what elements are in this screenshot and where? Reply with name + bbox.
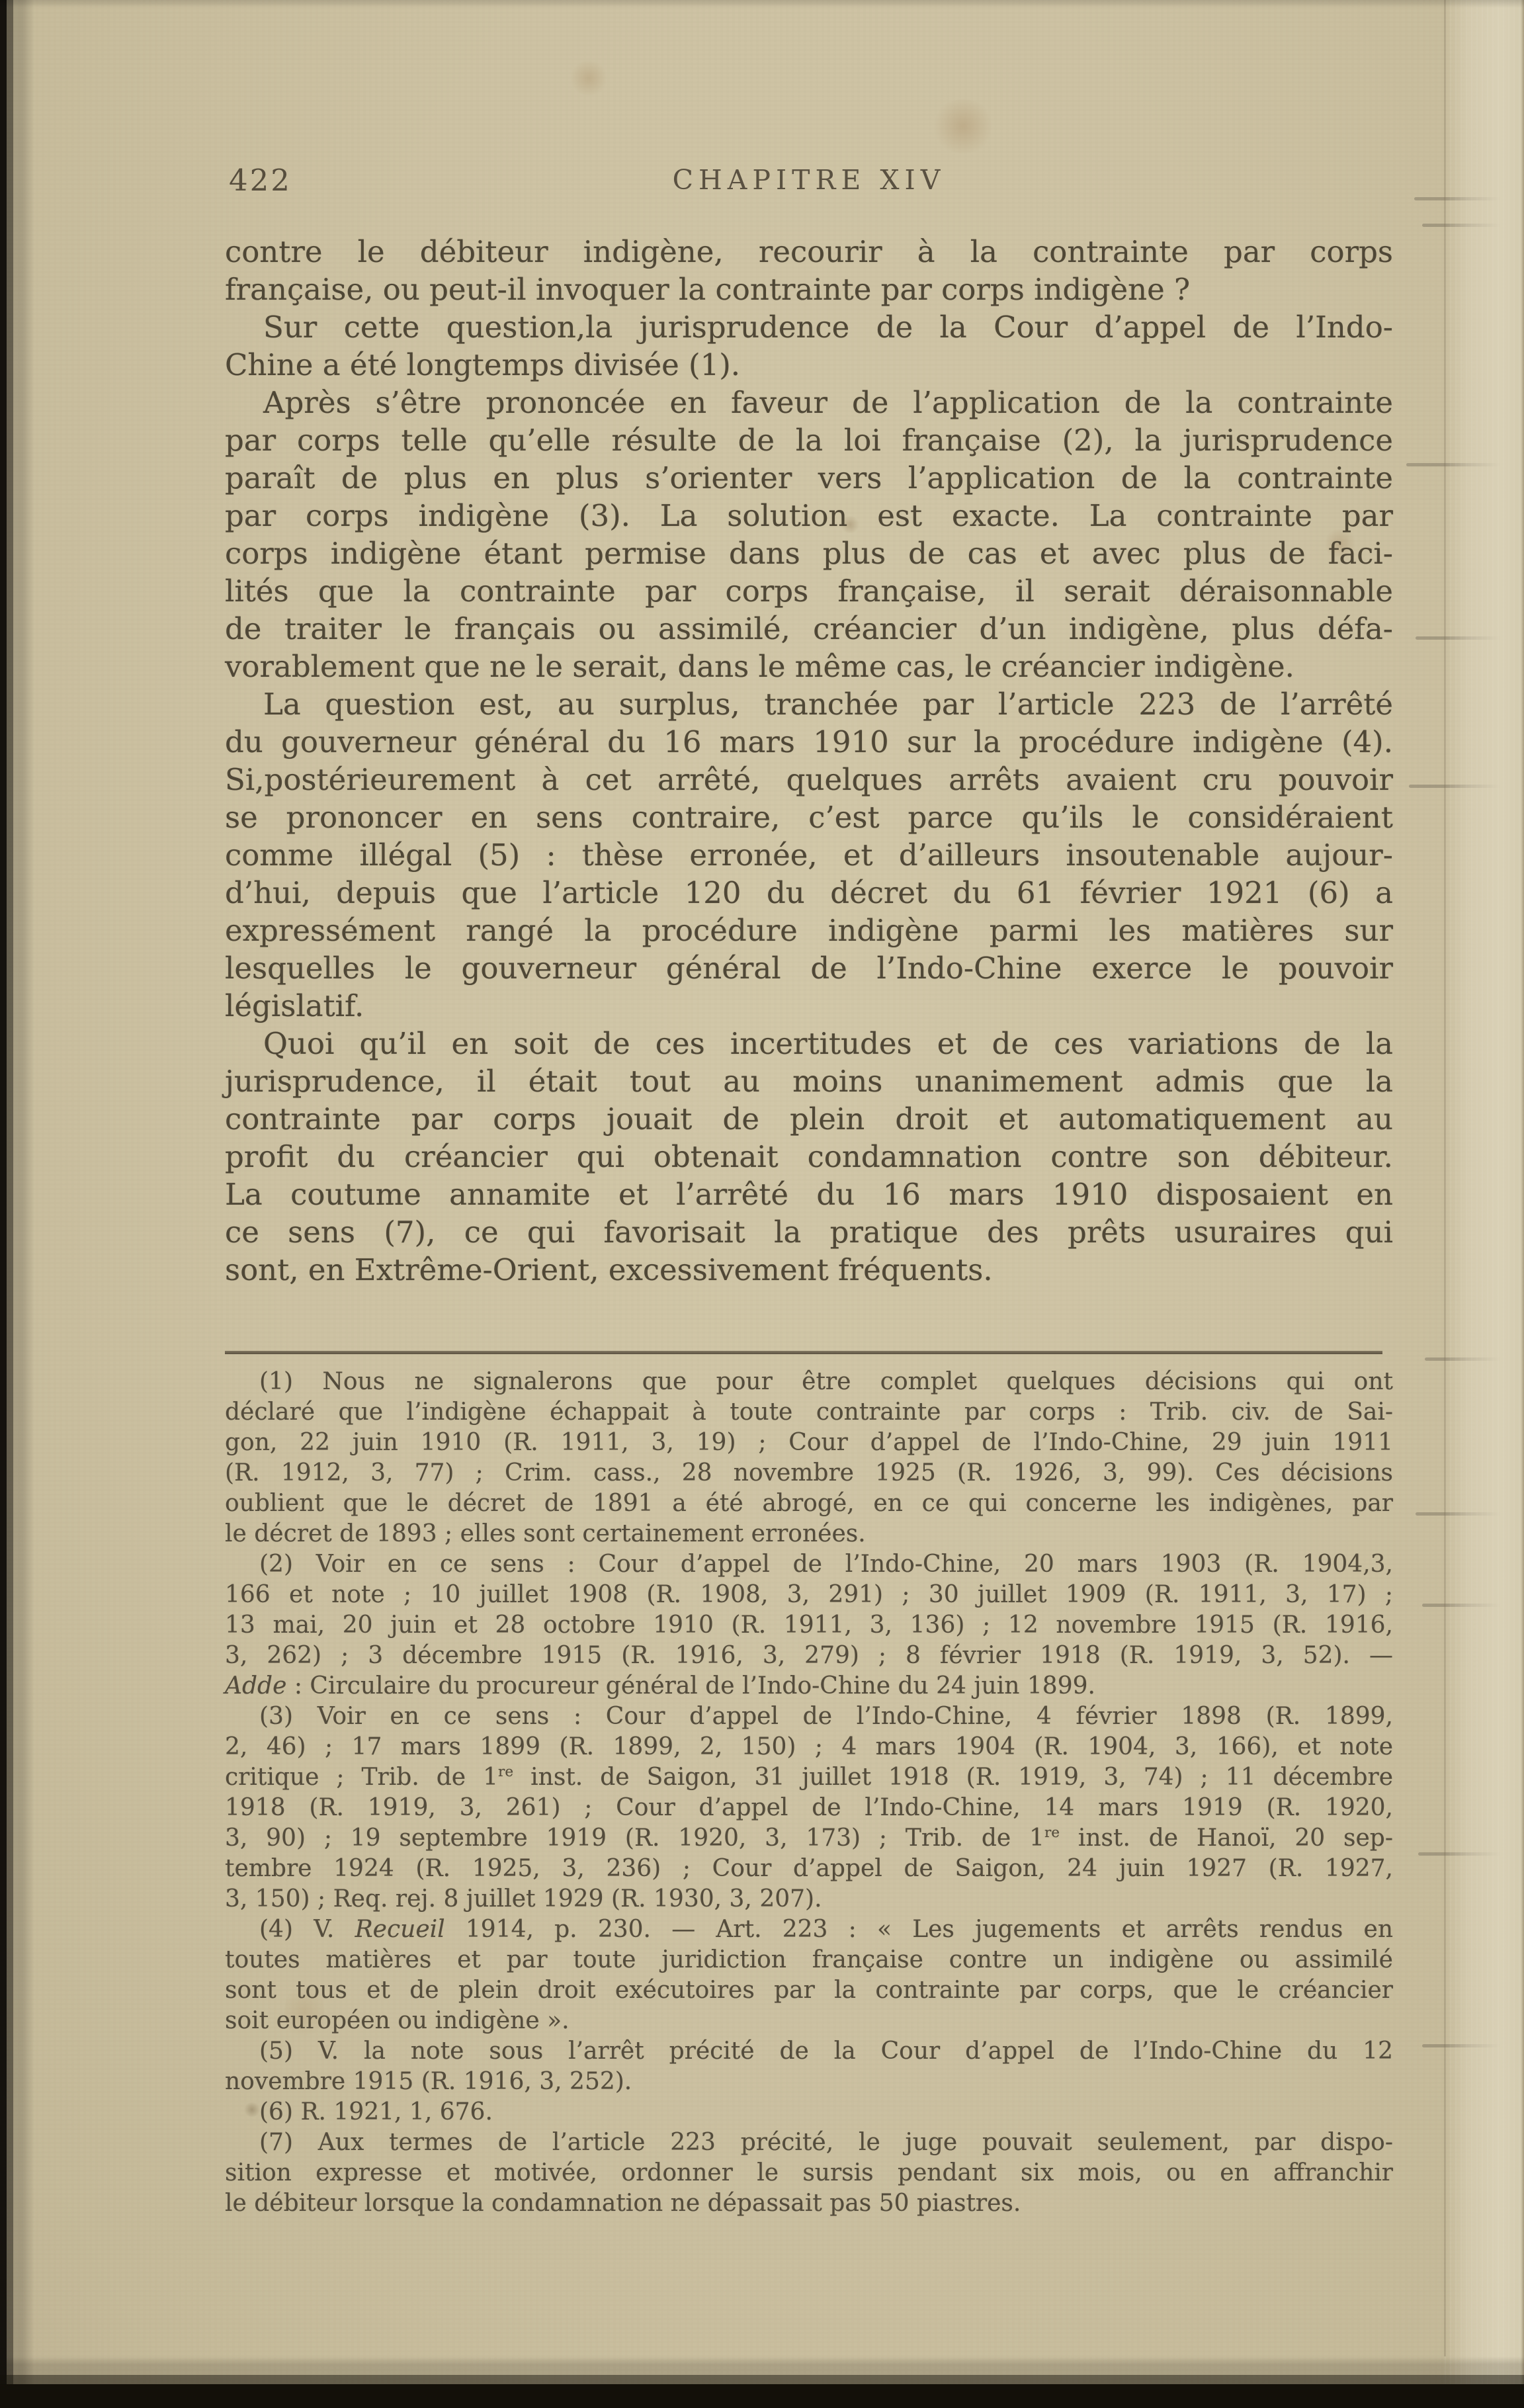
text-line: corps indigène étant permise dans plus d… — [225, 535, 1393, 572]
text-run: inst. de Saigon, 31 juillet 1918 (R. 191… — [513, 1764, 1393, 1791]
text-line: paraît de plus en plus s’orienter vers l… — [225, 459, 1393, 497]
text-line: Adde : Circulaire du procureur général d… — [225, 1671, 1393, 1701]
text-line: profit du créancier qui obtenait condamn… — [225, 1138, 1393, 1176]
paper-stain — [569, 61, 609, 95]
text-line: sont tous et de plein droit exécutoires … — [225, 1975, 1393, 2006]
text-line: Chine a été longtemps divisée (1). — [225, 346, 1393, 384]
text-line: lesquelles le gouverneur général de l’In… — [225, 949, 1393, 987]
text-line: le débiteur lorsque la condamnation ne d… — [225, 2188, 1393, 2219]
text-line: (7) Aux termes de l’article 223 précité,… — [225, 2128, 1393, 2158]
paragraph: contre le débiteur indigène, recourir à … — [225, 233, 1393, 308]
text-line: toutes matières et par toute juridiction… — [225, 1945, 1393, 1975]
page-header: 422 CHAPITRE XIV — [225, 163, 1393, 202]
book-gutter-shadow — [0, 0, 34, 2408]
text-line: 2, 46) ; 17 mars 1899 (R. 1899, 2, 150) … — [225, 1732, 1393, 1762]
paragraph: La question est, au surplus, tranchée pa… — [225, 685, 1393, 1025]
footnotes: (1) Nous ne signalerons que pour être co… — [225, 1367, 1393, 2219]
text-line: Si,postérieurement à cet arrêté, quelque… — [225, 761, 1393, 798]
text-line: par corps telle qu’elle résulte de la lo… — [225, 421, 1393, 459]
text-line: comme illégal (5) : thèse erronée, et d’… — [225, 836, 1393, 874]
paragraph: Après s’être prononcée en faveur de l’ap… — [225, 384, 1393, 685]
text-line: Sur cette question,la jurisprudence de l… — [225, 308, 1393, 346]
text-line: vorablement que ne le serait, dans le mê… — [225, 648, 1393, 685]
paragraph: (7) Aux termes de l’article 223 précité,… — [225, 2128, 1393, 2219]
text-line: jurisprudence, il était tout au moins un… — [225, 1062, 1393, 1100]
superscript-run: re — [498, 1764, 513, 1780]
text-line: ce sens (7), ce qui favorisait la pratiq… — [225, 1213, 1393, 1251]
text-line: d’hui, depuis que l’article 120 du décre… — [225, 874, 1393, 912]
paragraph: (3) Voir en ce sens : Cour d’appel de l’… — [225, 1701, 1393, 1914]
text-line: lités que la contrainte par corps frança… — [225, 572, 1393, 610]
text-line: La coutume annamite et l’arrêté du 16 ma… — [225, 1176, 1393, 1213]
text-run: : Circulaire du procureur général de l’I… — [286, 1672, 1095, 1699]
page-background: 422 CHAPITRE XIV contre le débiteur indi… — [0, 0, 1524, 2408]
text-line: tembre 1924 (R. 1925, 3, 236) ; Cour d’a… — [225, 1854, 1393, 1884]
scan-bottom-edge — [0, 2356, 1524, 2408]
paragraph: Quoi qu’il en soit de ces incertitudes e… — [225, 1025, 1393, 1289]
text-line: (3) Voir en ce sens : Cour d’appel de l’… — [225, 1701, 1393, 1732]
footnote-separator — [225, 1351, 1382, 1354]
paragraph: (5) V. la note sous l’arrêt précité de l… — [225, 2036, 1393, 2097]
text-line: soit européen ou indigène ». — [225, 2006, 1393, 2036]
text-line: de traiter le français ou assimilé, créa… — [225, 610, 1393, 648]
superscript-run: re — [1044, 1825, 1060, 1841]
text-line: contre le débiteur indigène, recourir à … — [225, 233, 1393, 271]
text-line: sition expresse et motivée, ordonner le … — [225, 2158, 1393, 2188]
text-line: sont, en Extrême-Orient, excessivement f… — [225, 1251, 1393, 1289]
paragraph: (6) R. 1921, 1, 676. — [225, 2097, 1393, 2128]
scan-top-edge — [0, 0, 1524, 8]
text-run: 1914, p. 230. — Art. 223 : « Les jugemen… — [445, 1916, 1393, 1943]
scanned-book-page: { "page": { "number": "422", "chapter": … — [0, 0, 1524, 2408]
text-line: contrainte par corps jouait de plein dro… — [225, 1100, 1393, 1138]
text-line: gon, 22 juin 1910 (R. 1911, 3, 19) ; Cou… — [225, 1428, 1393, 1458]
italic-run: Recueil — [355, 1916, 445, 1943]
body-text: contre le débiteur indigène, recourir à … — [225, 233, 1393, 1289]
text-run: critique ; Trib. de 1 — [225, 1764, 498, 1791]
text-line: (2) Voir en ce sens : Cour d’appel de l’… — [225, 1549, 1393, 1580]
paragraph: (4) V. Recueil 1914, p. 230. — Art. 223 … — [225, 1914, 1393, 2036]
text-run: inst. de Hanoï, 20 sep- — [1060, 1825, 1393, 1852]
paragraph: (2) Voir en ce sens : Cour d’appel de l’… — [225, 1549, 1393, 1701]
text-line: (5) V. la note sous l’arrêt précité de l… — [225, 2036, 1393, 2067]
text-line: 1918 (R. 1919, 3, 261) ; Cour d’appel de… — [225, 1793, 1393, 1823]
text-line: 3, 90) ; 19 septembre 1919 (R. 1920, 3, … — [225, 1823, 1393, 1854]
text-line: par corps indigène (3). La solution est … — [225, 497, 1393, 535]
paper-stain — [931, 99, 995, 153]
text-run: 3, 90) ; 19 septembre 1919 (R. 1920, 3, … — [225, 1825, 1044, 1852]
text-line: expressément rangé la procédure indigène… — [225, 912, 1393, 949]
chapter-title: CHAPITRE XIV — [225, 164, 1393, 196]
text-line: déclaré que l’indigène échappait à toute… — [225, 1397, 1393, 1428]
text-line: (1) Nous ne signalerons que pour être co… — [225, 1367, 1393, 1397]
text-line: 3, 150) ; Req. rej. 8 juillet 1929 (R. 1… — [225, 1884, 1393, 1914]
text-line: (R. 1912, 3, 77) ; Crim. cass., 28 novem… — [225, 1458, 1393, 1488]
paragraph: (1) Nous ne signalerons que pour être co… — [225, 1367, 1393, 1549]
text-line: oublient que le décret de 1891 a été abr… — [225, 1488, 1393, 1519]
text-line: 13 mai, 20 juin et 28 octobre 1910 (R. 1… — [225, 1610, 1393, 1641]
text-line: 166 et note ; 10 juillet 1908 (R. 1908, … — [225, 1580, 1393, 1610]
text-line: le décret de 1893 ; elles sont certainem… — [225, 1519, 1393, 1549]
text-line: 3, 262) ; 3 décembre 1915 (R. 1916, 3, 2… — [225, 1641, 1393, 1671]
paragraph: Sur cette question,la jurisprudence de l… — [225, 308, 1393, 384]
text-line: Après s’être prononcée en faveur de l’ap… — [225, 384, 1393, 421]
text-run: (4) V. — [259, 1916, 355, 1943]
text-line: novembre 1915 (R. 1916, 3, 252). — [225, 2067, 1393, 2097]
italic-run: Adde — [225, 1672, 286, 1699]
text-line: se prononcer en sens contraire, c’est pa… — [225, 798, 1393, 836]
page-crease — [1444, 0, 1446, 2356]
text-line: française, ou peut-il invoquer la contra… — [225, 271, 1393, 308]
text-line: (6) R. 1921, 1, 676. — [225, 2097, 1393, 2128]
text-line: (4) V. Recueil 1914, p. 230. — Art. 223 … — [225, 1914, 1393, 1945]
page-right-edge — [1445, 0, 1524, 2408]
text-line: critique ; Trib. de 1re inst. de Saigon,… — [225, 1762, 1393, 1793]
text-line: législatif. — [225, 987, 1393, 1025]
text-line: La question est, au surplus, tranchée pa… — [225, 685, 1393, 723]
text-line: Quoi qu’il en soit de ces incertitudes e… — [225, 1025, 1393, 1062]
text-line: du gouverneur général du 16 mars 1910 su… — [225, 723, 1393, 761]
